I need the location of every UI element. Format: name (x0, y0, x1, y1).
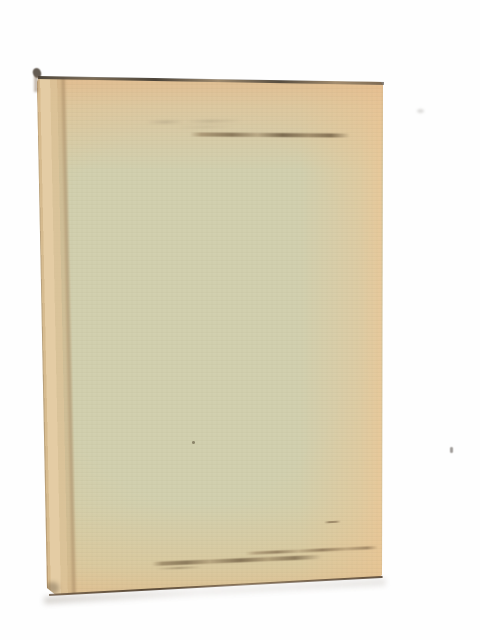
bottom-left-corner-shadow (45, 582, 59, 594)
book-body (36, 76, 385, 599)
background-dust-speck-2 (450, 447, 453, 453)
background-dust-speck-1 (417, 109, 424, 113)
book (36, 76, 385, 599)
spine-top-corner-wear (34, 76, 38, 92)
photo-background: A plain hardcover book photographed upri… (0, 0, 480, 640)
cover-speck (192, 441, 195, 444)
